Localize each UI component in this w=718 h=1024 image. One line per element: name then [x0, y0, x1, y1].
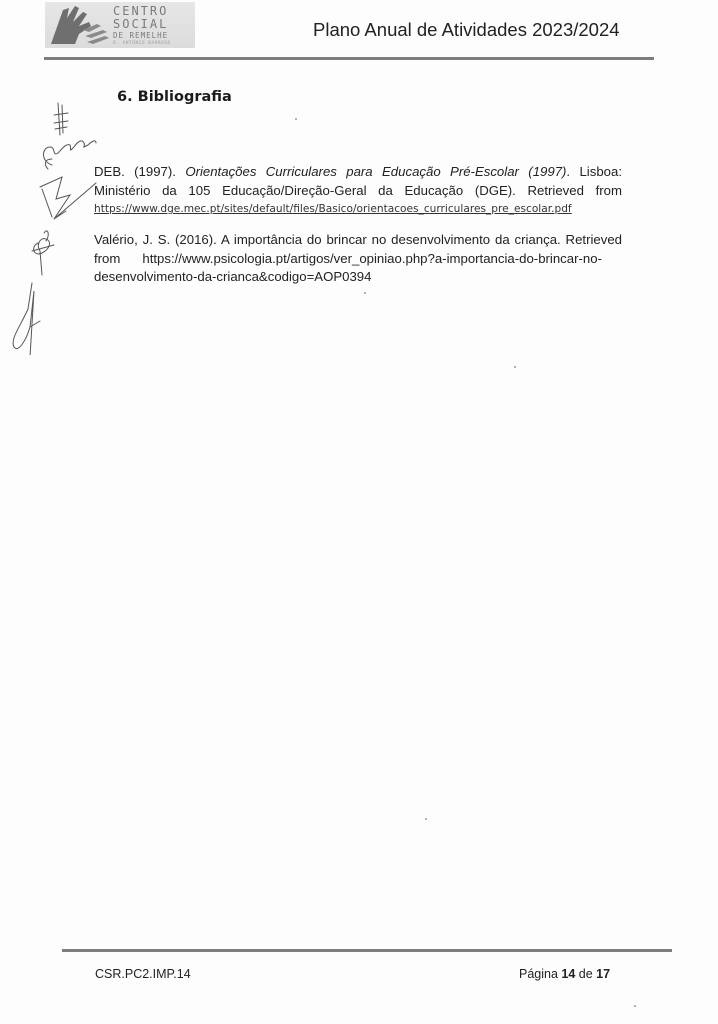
reference-url-line[interactable]: desenvolvimento-da-crianca&codigo=AOP039… — [94, 268, 622, 287]
reference-line: Ministério da 105 Educação/Direção-Geral… — [94, 182, 622, 201]
reference-publisher: . Lisboa: — [566, 164, 622, 179]
reference-entry: DEB. (1997). Orientações Curriculares pa… — [94, 163, 622, 219]
reference-url-line[interactable]: from https://www.psicologia.pt/artigos/v… — [94, 250, 622, 269]
logo-text: CENTRO SOCIAL DE REMELHE D. ANTÓNIO BARR… — [113, 5, 171, 46]
scan-speck — [364, 292, 366, 294]
scan-speck — [634, 1005, 636, 1007]
scan-speck — [425, 818, 427, 820]
page-current: 14 — [561, 967, 575, 981]
logo-line-subtitle: D. ANTÓNIO BARROSO — [113, 42, 171, 47]
header-divider — [44, 57, 654, 60]
reference-line: Valério, J. S. (2016). A importância do … — [94, 231, 622, 250]
reference-link[interactable]: https://www.dge.mec.pt/sites/default/fil… — [94, 200, 622, 219]
logo-line-remelhe: DE REMELHE — [113, 32, 171, 40]
section-heading: 6. Bibliografia — [117, 89, 232, 105]
document-code: CSR.PC2.IMP.14 — [95, 967, 191, 981]
footer-divider — [62, 949, 672, 952]
reference-line: DEB. (1997). Orientações Curriculares pa… — [94, 163, 622, 182]
reference-entry: Valério, J. S. (2016). A importância do … — [94, 231, 622, 287]
document-title: Plano Anual de Atividades 2023/2024 — [313, 19, 620, 41]
document-page: CENTRO SOCIAL DE REMELHE D. ANTÓNIO BARR… — [0, 0, 718, 1024]
hands-logo-icon — [49, 4, 111, 46]
scan-speck — [295, 118, 297, 120]
page-label: Página — [519, 967, 561, 981]
organization-logo: CENTRO SOCIAL DE REMELHE D. ANTÓNIO BARR… — [45, 2, 195, 48]
page-total: 17 — [596, 967, 610, 981]
reference-author-year: DEB. (1997). — [94, 164, 185, 179]
page-number: Página 14 de 17 — [519, 967, 610, 981]
handwritten-signatures — [0, 95, 110, 355]
logo-line-social: SOCIAL — [113, 18, 171, 30]
page-of: de — [575, 967, 596, 981]
reference-title: Orientações Curriculares para Educação P… — [185, 164, 566, 179]
logo-line-centro: CENTRO — [113, 5, 171, 17]
scan-speck — [514, 366, 516, 368]
